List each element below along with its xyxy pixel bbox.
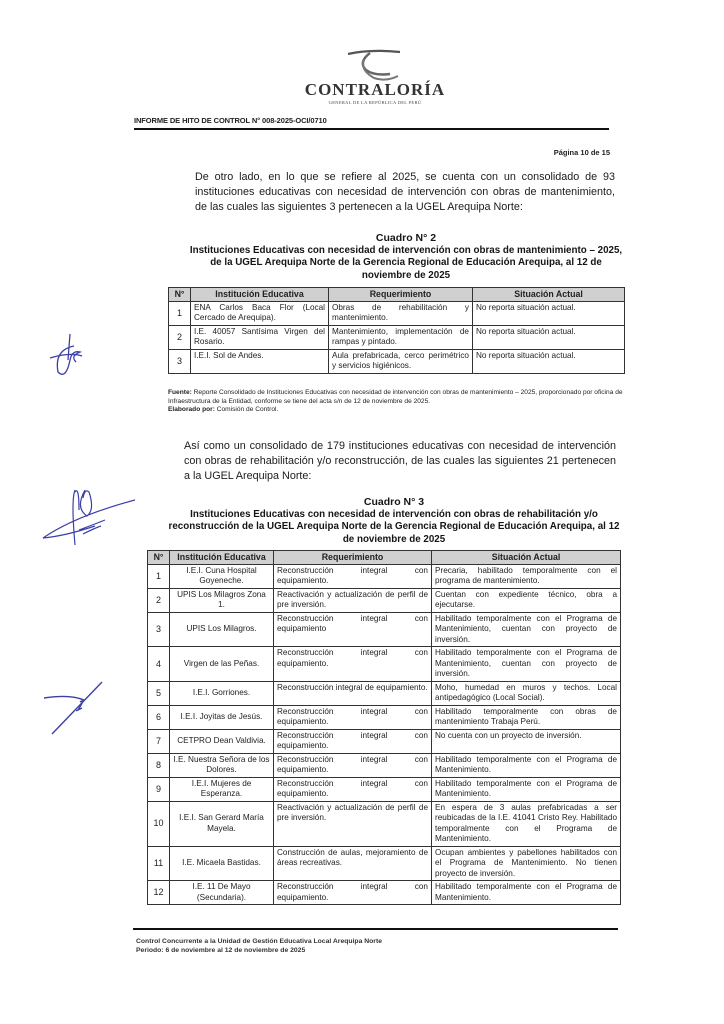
cell-institution: Virgen de las Peñas.	[170, 647, 274, 682]
cell-requirement: Reconstrucción integral con equipamiento…	[274, 777, 432, 801]
cell-institution: I.E. 40057 Santísima Virgen del Rosario.	[191, 325, 329, 349]
cell-institution: UPIS Los Milagros Zona 1.	[170, 588, 274, 612]
table-header-row: N° Institución Educativa Requerimiento S…	[148, 551, 621, 565]
column-header-number: N°	[169, 288, 191, 302]
cell-institution: CETPRO Dean Valdivia.	[170, 729, 274, 753]
table-row: 12I.E. 11 De Mayo (Secundaria).Reconstru…	[148, 881, 621, 905]
table-row: 6I.E.I. Joyitas de Jesús.Reconstrucción …	[148, 705, 621, 729]
page-number: Página 10 de 15	[540, 148, 610, 157]
cell-status: No reporta situación actual.	[473, 349, 625, 373]
footer-line-1: Control Concurrente a la Unidad de Gesti…	[136, 937, 382, 946]
cell-requirement: Reconstrucción integral con equipamiento…	[274, 564, 432, 588]
table-row: 11I.E. Micaela Bastidas.Construcción de …	[148, 846, 621, 881]
logo-subtitle: General de la República del Perú	[290, 100, 460, 105]
table-row: 3I.E.I. Sol de Andes.Aula prefabricada, …	[169, 349, 625, 373]
table-3-caption: Cuadro N° 3 Instituciones Educativas con…	[164, 496, 624, 546]
cell-status: No cuenta con un proyecto de inversión.	[432, 729, 621, 753]
cell-requirement: Mantenimiento, implementación de rampas …	[329, 325, 473, 349]
table-2-caption-title: Instituciones Educativas con necesidad d…	[186, 245, 626, 283]
table-header-row: N° Institución Educativa Requerimiento S…	[169, 288, 625, 302]
cell-number: 2	[148, 588, 170, 612]
prepared-by-text: Comisión de Control.	[217, 406, 279, 413]
cell-status: Habilitado temporalmente con el Programa…	[432, 612, 621, 647]
table-row: 3UPIS Los Milagros.Reconstrucción integr…	[148, 612, 621, 647]
cell-number: 11	[148, 846, 170, 881]
table-row: 7CETPRO Dean Valdivia.Reconstrucción int…	[148, 729, 621, 753]
paragraph-intro-rehabilitation: Así como un consolidado de 179 instituci…	[184, 439, 616, 484]
table-2-caption-number: Cuadro N° 2	[186, 232, 626, 245]
source-label: Fuente:	[168, 389, 192, 396]
table-2-body: 1ENA Carlos Baca Flor (Local Cercado de …	[169, 301, 625, 373]
cell-status: Cuentan con expediente técnico, obra a e…	[432, 588, 621, 612]
logo-title: CONTRALORÍA	[290, 80, 460, 100]
cell-status: No reporta situación actual.	[473, 325, 625, 349]
cell-requirement: Reconstrucción integral con equipamiento	[274, 612, 432, 647]
cell-requirement: Reconstrucción integral con equipamiento…	[274, 647, 432, 682]
footer: Control Concurrente a la Unidad de Gesti…	[136, 937, 382, 955]
cell-status: Precaria, habilitado temporalmente con e…	[432, 564, 621, 588]
cell-status: En espera de 3 aulas prefabricadas a ser…	[432, 801, 621, 846]
table-2-caption: Cuadro N° 2 Instituciones Educativas con…	[186, 232, 626, 282]
paragraph-intro-maintenance: De otro lado, en lo que se refiere al 20…	[195, 170, 615, 215]
table-row: 10I.E.I. San Gerard María Mayela.Reactiv…	[148, 801, 621, 846]
cell-requirement: Reconstrucción integral con equipamiento…	[274, 705, 432, 729]
signature-1-icon	[40, 330, 100, 390]
table-3-rehabilitation: N° Institución Educativa Requerimiento S…	[147, 550, 621, 905]
table-row: 9I.E.I. Mujeres de Esperanza.Reconstrucc…	[148, 777, 621, 801]
cell-institution: I.E.I. Gorriones.	[170, 681, 274, 705]
signature-3-icon	[40, 680, 110, 740]
cell-status: No reporta situación actual.	[473, 301, 625, 325]
cell-requirement: Reconstrucción integral con equipamiento…	[274, 729, 432, 753]
column-header-requirement: Requerimiento	[274, 551, 432, 565]
source-text: Reporte Consolidado de Instituciones Edu…	[168, 389, 623, 405]
cell-number: 3	[169, 349, 191, 373]
cell-number: 9	[148, 777, 170, 801]
cell-status: Habilitado temporalmente con obras de ma…	[432, 705, 621, 729]
column-header-institution: Institución Educativa	[170, 551, 274, 565]
table-2-maintenance: N° Institución Educativa Requerimiento S…	[168, 287, 625, 374]
cell-institution: I.E. 11 De Mayo (Secundaria).	[170, 881, 274, 905]
footer-divider	[133, 928, 618, 930]
table-row: 2I.E. 40057 Santísima Virgen del Rosario…	[169, 325, 625, 349]
cell-requirement: Reactivación y actualización de perfil d…	[274, 588, 432, 612]
table-row: 8I.E. Nuestra Señora de los Dolores.Reco…	[148, 753, 621, 777]
cell-number: 2	[169, 325, 191, 349]
cell-number: 3	[148, 612, 170, 647]
cell-number: 5	[148, 681, 170, 705]
table-row: 5I.E.I. Gorriones.Reconstrucción integra…	[148, 681, 621, 705]
contraloria-logo: CONTRALORÍA General de la República del …	[290, 48, 460, 120]
cell-number: 1	[169, 301, 191, 325]
cell-requirement: Construcción de aulas, mejoramiento de á…	[274, 846, 432, 881]
cell-institution: I.E.I. Mujeres de Esperanza.	[170, 777, 274, 801]
cell-number: 4	[148, 647, 170, 682]
cell-status: Ocupan ambientes y pabellones habilitado…	[432, 846, 621, 881]
cell-status: Moho, humedad en muros y techos. Local a…	[432, 681, 621, 705]
table-row: 1I.E.I. Cuna Hospital Goyeneche.Reconstr…	[148, 564, 621, 588]
cell-requirement: Obras de rehabilitación y mantenimiento.	[329, 301, 473, 325]
header-divider	[134, 128, 609, 130]
table-row: 1ENA Carlos Baca Flor (Local Cercado de …	[169, 301, 625, 325]
column-header-institution: Institución Educativa	[191, 288, 329, 302]
footer-line-2: Periodo: 6 de noviembre al 12 de noviemb…	[136, 946, 382, 955]
cell-status: Habilitado temporalmente con el Programa…	[432, 881, 621, 905]
cell-status: Habilitado temporalmente con el Programa…	[432, 647, 621, 682]
cell-institution: I.E.I. Sol de Andes.	[191, 349, 329, 373]
signature-2-icon	[35, 480, 135, 570]
cell-number: 10	[148, 801, 170, 846]
table-2-source-notes: Fuente: Reporte Consolidado de Instituci…	[168, 389, 628, 415]
cell-institution: I.E. Micaela Bastidas.	[170, 846, 274, 881]
cell-requirement: Reconstrucción integral con equipamiento…	[274, 753, 432, 777]
report-id: INFORME DE HITO DE CONTROL N° 008-2025-O…	[134, 116, 327, 125]
cell-requirement: Reconstrucción integral de equipamiento.	[274, 681, 432, 705]
column-header-requirement: Requerimiento	[329, 288, 473, 302]
cell-institution: UPIS Los Milagros.	[170, 612, 274, 647]
prepared-by-label: Elaborado por:	[168, 406, 215, 413]
cell-number: 6	[148, 705, 170, 729]
cell-requirement: Aula prefabricada, cerco perimétrico y s…	[329, 349, 473, 373]
cell-institution: I.E.I. Joyitas de Jesús.	[170, 705, 274, 729]
contraloria-emblem-icon	[340, 48, 410, 84]
cell-status: Habilitado temporalmente con el Programa…	[432, 777, 621, 801]
column-header-number: N°	[148, 551, 170, 565]
cell-status: Habilitado temporalmente con el Programa…	[432, 753, 621, 777]
cell-number: 1	[148, 564, 170, 588]
cell-institution: I.E.I. Cuna Hospital Goyeneche.	[170, 564, 274, 588]
cell-institution: I.E.I. San Gerard María Mayela.	[170, 801, 274, 846]
column-header-status: Situación Actual	[473, 288, 625, 302]
table-3-caption-number: Cuadro N° 3	[164, 496, 624, 509]
table-row: 2UPIS Los Milagros Zona 1.Reactivación y…	[148, 588, 621, 612]
cell-institution: ENA Carlos Baca Flor (Local Cercado de A…	[191, 301, 329, 325]
table-row: 4Virgen de las Peñas.Reconstrucción inte…	[148, 647, 621, 682]
column-header-status: Situación Actual	[432, 551, 621, 565]
cell-requirement: Reactivación y actualización de perfil d…	[274, 801, 432, 846]
table-3-caption-title: Instituciones Educativas con necesidad d…	[164, 509, 624, 547]
table-3-body: 1I.E.I. Cuna Hospital Goyeneche.Reconstr…	[148, 564, 621, 905]
cell-requirement: Reconstrucción integral con equipamiento…	[274, 881, 432, 905]
cell-number: 12	[148, 881, 170, 905]
cell-number: 8	[148, 753, 170, 777]
cell-institution: I.E. Nuestra Señora de los Dolores.	[170, 753, 274, 777]
cell-number: 7	[148, 729, 170, 753]
